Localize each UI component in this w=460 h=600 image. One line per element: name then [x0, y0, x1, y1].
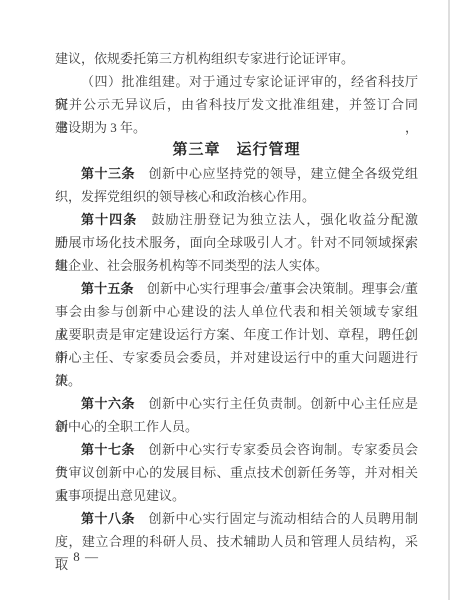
- text-line: 度，建立合理的科研人员、技术辅助人员和管理人员结构，采取: [55, 530, 418, 553]
- article-number: 第十六条: [81, 396, 135, 411]
- text-line: 责审议创新中心的发展目标、重点技术创新任务等，并对相关重: [55, 461, 418, 484]
- article-number: 第十四条: [81, 212, 137, 227]
- text-line: 第十八条 创新中心实行固定与流动相结合的人员聘用制: [55, 507, 418, 530]
- article-number: 第十八条: [81, 511, 135, 526]
- page-edge-line: [448, 0, 450, 600]
- text-line: 究并公示无异议后，由省科技厅发文批准组建，并签订合同书，: [55, 93, 418, 116]
- text-line: 开展市场化技术服务，面向全球吸引人才。针对不同领域探索组: [55, 231, 418, 254]
- text-line: 第十七条 创新中心实行专家委员会咨询制。专家委员会负: [55, 438, 418, 461]
- text-line: 第十五条 创新中心实行理事会/董事会决策制。理事会/董: [55, 277, 418, 300]
- article-number: 第十七条: [81, 442, 135, 457]
- text-line: 主要职责是审定建设运行方案、年度工作计划、章程，聘任创新: [55, 323, 418, 346]
- text-line: 事会由参与创新中心建设的法人单位代表和相关领域专家组成。: [55, 300, 418, 323]
- text-line: （四）批准组建。对于通过专家论证评审的，经省科技厅研: [55, 70, 418, 93]
- text-line: 策。: [55, 369, 418, 392]
- text-line: 第十四条 鼓励注册登记为独立法人，强化收益分配激励，: [55, 208, 418, 231]
- text-line: 第十六条 创新中心实行主任负责制。创新中心主任应是创: [55, 392, 418, 415]
- text-line: 织，发挥党组织的领导核心和政治核心作用。: [55, 185, 418, 208]
- text-line: 新中心的全职工作人员。: [55, 415, 418, 438]
- chapter-heading: 第三章 运行管理: [55, 139, 418, 162]
- text-line: 建企业、社会服务机构等不同类型的法人实体。: [55, 254, 418, 277]
- text-line: 建议，依规委托第三方机构组织专家进行论证评审。: [55, 47, 418, 70]
- article-number: 第十三条: [81, 166, 135, 181]
- text-line: 大事项提出意见建议。: [55, 484, 418, 507]
- text-line: 第十三条 创新中心应坚持党的领导，建立健全各级党组: [55, 162, 418, 185]
- page-number: — 8 —: [55, 549, 99, 565]
- article-number: 第十五条: [81, 281, 134, 296]
- document-page: 建议，依规委托第三方机构组织专家进行论证评审。（四）批准组建。对于通过专家论证评…: [0, 0, 460, 600]
- text-line: 中心主任、专家委员会委员，并对建设运行中的重大问题进行决: [55, 346, 418, 369]
- document-body: 建议，依规委托第三方机构组织专家进行论证评审。（四）批准组建。对于通过专家论证评…: [55, 47, 418, 553]
